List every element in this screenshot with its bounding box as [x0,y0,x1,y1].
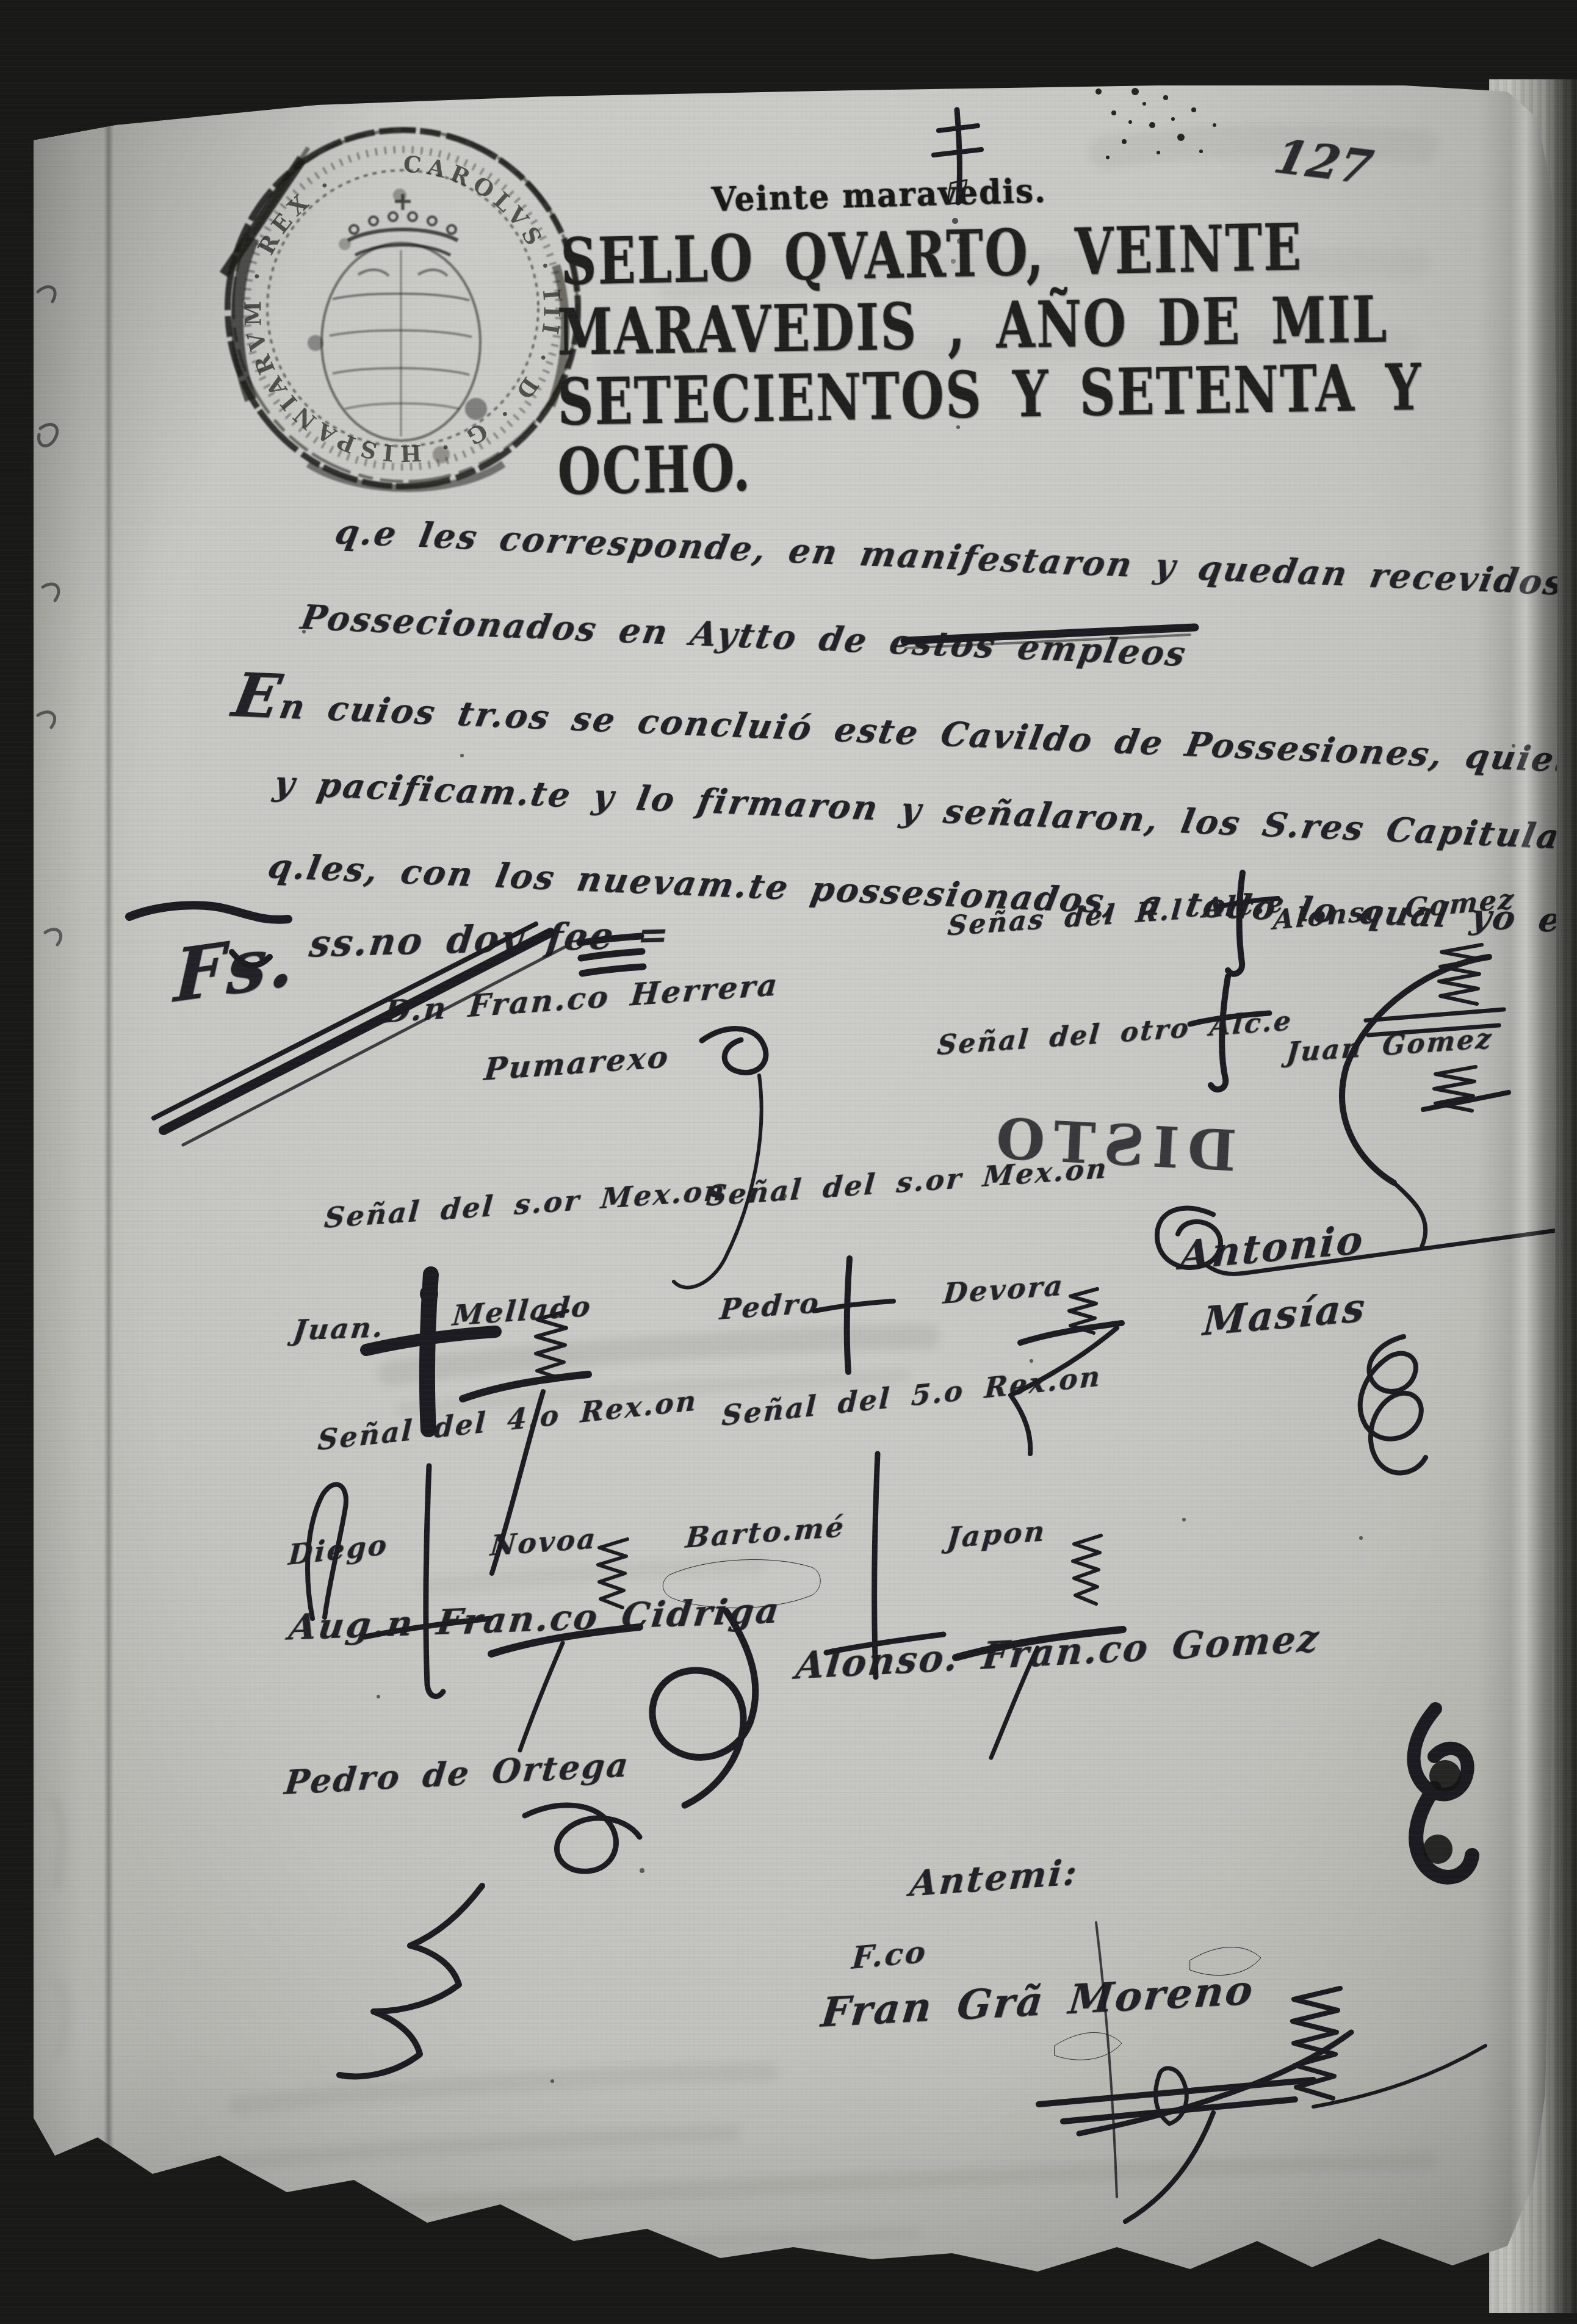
document-page: CAROLVS · III · D · G · HISPANIARVM · RE… [0,0,1577,2324]
scanned-document: CAROLVS · III · D · G · HISPANIARVM · RE… [0,0,1577,2324]
vignette [0,0,1577,2324]
